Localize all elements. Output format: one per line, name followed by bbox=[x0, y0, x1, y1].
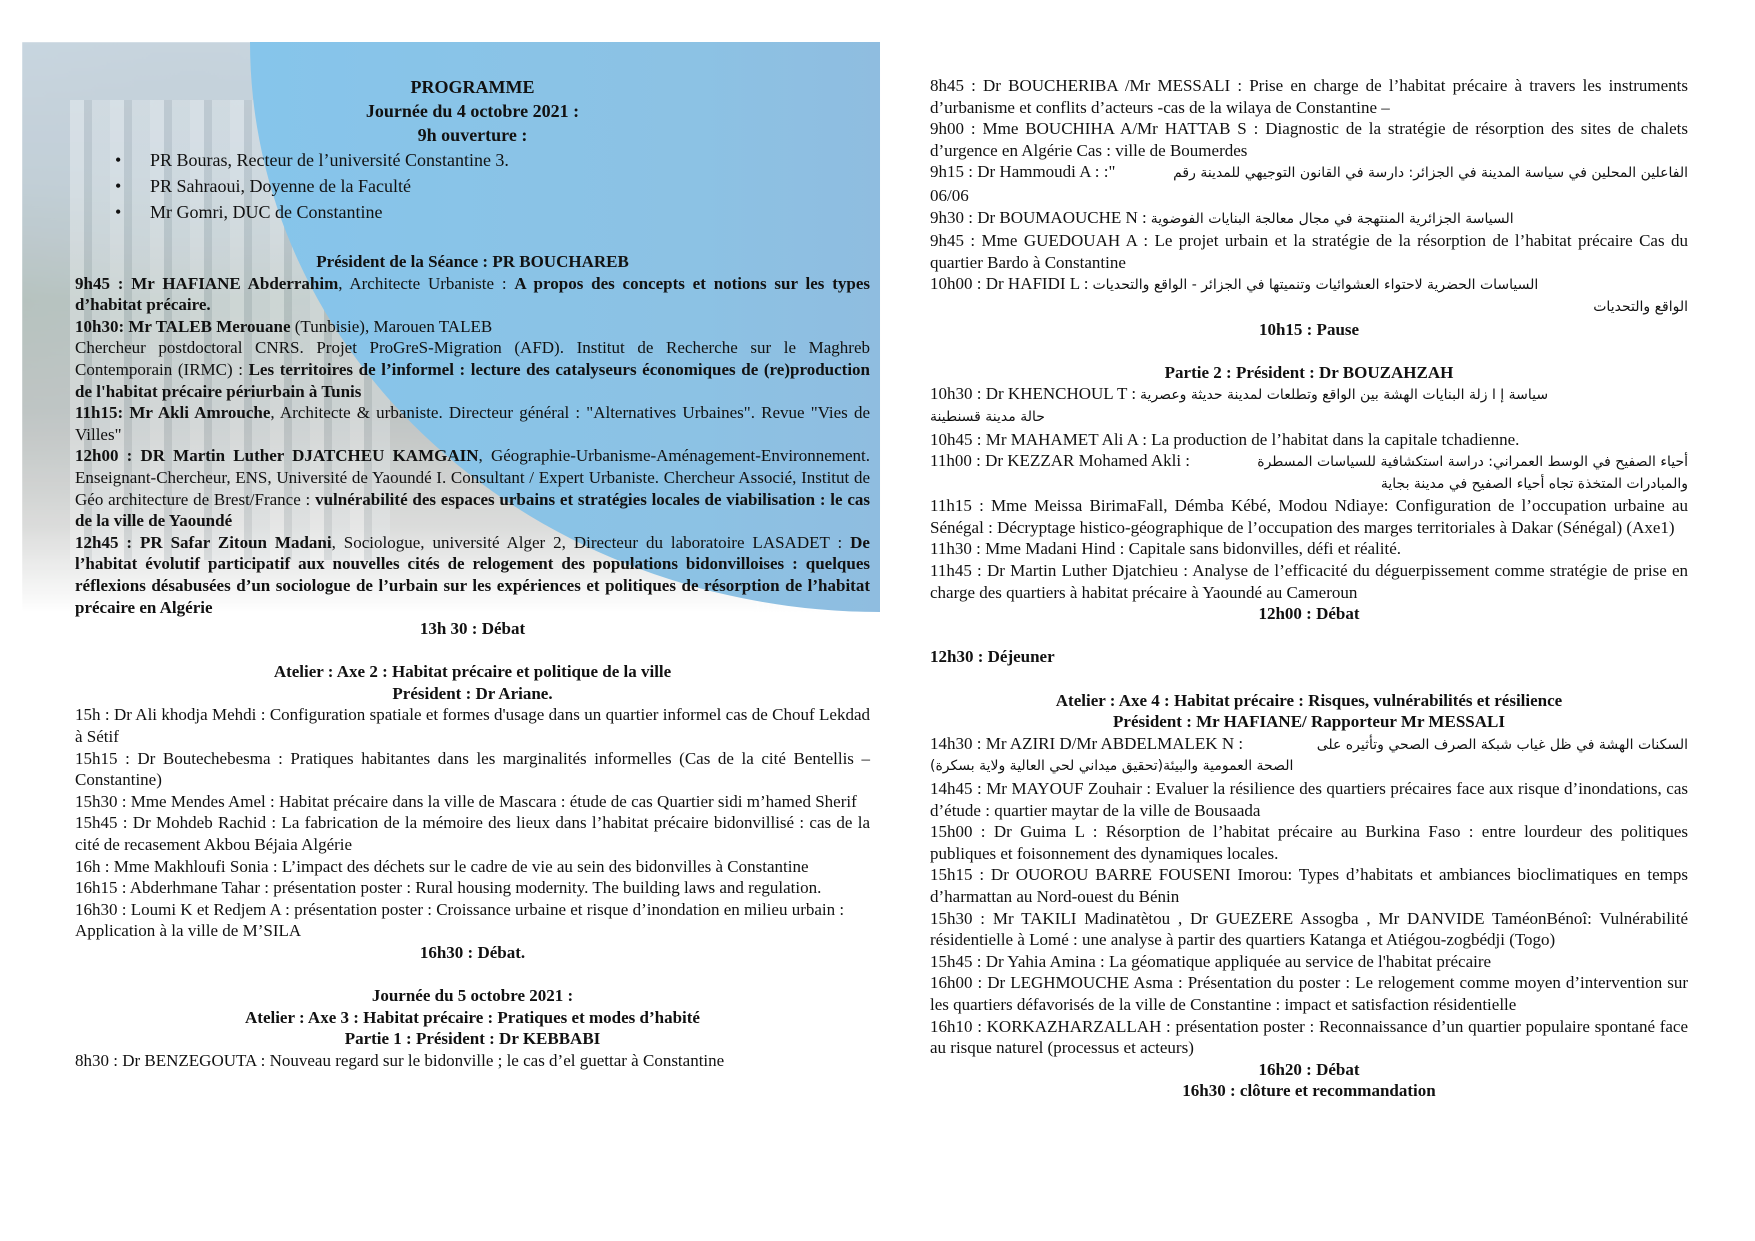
talk: 14h45 : Mr MAYOUF Zouhair : Evaluer la r… bbox=[930, 778, 1688, 821]
talk: 15h15 : Dr Boutechebesma : Pratiques hab… bbox=[75, 748, 870, 791]
debate: 16h20 : Débat bbox=[930, 1059, 1688, 1081]
talk: 11h00 : Dr KEZZAR Mohamed Akli : أحياء ا… bbox=[930, 450, 1688, 474]
talk: 8h30 : Dr BENZEGOUTA : Nouveau regard su… bbox=[75, 1050, 870, 1072]
day2-title: Journée du 5 octobre 2021 : bbox=[75, 985, 870, 1007]
talk: 16h10 : KORKAZHARZALLAH : présentation p… bbox=[930, 1016, 1688, 1059]
talk: 11h30 : Mme Madani Hind : Capitale sans … bbox=[930, 538, 1688, 560]
programme-title: PROGRAMME bbox=[75, 75, 870, 99]
talk: 16h : Mme Makhloufi Sonia : L’impact des… bbox=[75, 856, 870, 878]
debate: 13h 30 : Débat bbox=[75, 618, 870, 640]
list-item: PR Bouras, Recteur de l’université Const… bbox=[75, 147, 870, 173]
talk: 9h00 : Mme BOUCHIHA A/Mr HATTAB S : Diag… bbox=[930, 118, 1688, 161]
atelier3-title: Atelier : Axe 3 : Habitat précaire : Pra… bbox=[75, 1007, 870, 1029]
debate: 16h30 : Débat. bbox=[75, 942, 870, 964]
talk: 15h : Dr Ali khodja Mehdi : Configuratio… bbox=[75, 704, 870, 747]
list-item: PR Sahraoui, Doyenne de la Faculté bbox=[75, 173, 870, 199]
right-column: 8h45 : Dr BOUCHERIBA /Mr MESSALI : Prise… bbox=[930, 75, 1688, 1102]
talk: 12h45 : PR Safar Zitoun Madani, Sociolog… bbox=[75, 532, 870, 618]
talk: 15h45 : Dr Mohdeb Rachid : La fabricatio… bbox=[75, 812, 870, 855]
opening-title: 9h ouverture : bbox=[75, 123, 870, 147]
session-president: Président de la Séance : PR BOUCHAREB bbox=[75, 251, 870, 273]
day1-title: Journée du 4 octobre 2021 : bbox=[75, 99, 870, 123]
talk: 12h00 : DR Martin Luther DJATCHEU KAMGAI… bbox=[75, 445, 870, 531]
talk: 8h45 : Dr BOUCHERIBA /Mr MESSALI : Prise… bbox=[930, 75, 1688, 118]
talk: 15h30 : Mr TAKILI Madinatètou , Dr GUEZE… bbox=[930, 908, 1688, 951]
talk: Chercheur postdoctoral CNRS. Projet ProG… bbox=[75, 337, 870, 402]
atelier2-president: Président : Dr Ariane. bbox=[75, 683, 870, 705]
talk: 15h30 : Mme Mendes Amel : Habitat précai… bbox=[75, 791, 870, 813]
atelier4-president: Président : Mr HAFIANE/ Rapporteur Mr ME… bbox=[930, 711, 1688, 733]
talk: 15h00 : Dr Guima L : Résorption de l’hab… bbox=[930, 821, 1688, 864]
talk: 10h00 : Dr HAFIDI L : السياسات الحضرية ل… bbox=[930, 273, 1688, 297]
talk: 9h30 : Dr BOUMAOUCHE N : السياسة الجزائر… bbox=[930, 207, 1688, 231]
part2-president: Partie 2 : Président : Dr BOUZAHZAH bbox=[930, 362, 1688, 384]
talk: 10h45 : Mr MAHAMET Ali A : La production… bbox=[930, 429, 1688, 451]
talk: 16h00 : Dr LEGHMOUCHE Asma : Présentatio… bbox=[930, 972, 1688, 1015]
talk: 16h30 : Loumi K et Redjem A : présentati… bbox=[75, 899, 870, 921]
talk: 9h45 : Mme GUEDOUAH A : Le projet urbain… bbox=[930, 230, 1688, 273]
talk: Application à la ville de M’SILA bbox=[75, 920, 870, 942]
list-item: Mr Gomri, DUC de Constantine bbox=[75, 199, 870, 225]
talk: 15h15 : Dr OUOROU BARRE FOUSENI Imorou: … bbox=[930, 864, 1688, 907]
talk: 11h45 : Dr Martin Luther Djatchieu : Ana… bbox=[930, 560, 1688, 603]
debate: 12h00 : Débat bbox=[930, 603, 1688, 625]
talk: 10h30: Mr TALEB Merouane (Tunbisie), Mar… bbox=[75, 316, 870, 338]
lunch: 12h30 : Déjeuner bbox=[930, 646, 1688, 668]
talk: 9h15 : Dr Hammoudi A : :" الفاعلين المحل… bbox=[930, 161, 1688, 185]
closing: 16h30 : clôture et recommandation bbox=[930, 1080, 1688, 1102]
talk: 15h45 : Dr Yahia Amina : La géomatique a… bbox=[930, 951, 1688, 973]
talk: 11h15 : Mme Meissa BirimaFall, Démba Kéb… bbox=[930, 495, 1688, 538]
talk: 9h45 : Mr HAFIANE Abderrahim, Architecte… bbox=[75, 273, 870, 316]
part1-president: Partie 1 : Président : Dr KEBBABI bbox=[75, 1028, 870, 1050]
atelier2-title: Atelier : Axe 2 : Habitat précaire et po… bbox=[75, 661, 870, 683]
left-column: PROGRAMME Journée du 4 octobre 2021 : 9h… bbox=[75, 75, 870, 1072]
opening-speakers: PR Bouras, Recteur de l’université Const… bbox=[75, 147, 870, 225]
pause: 10h15 : Pause bbox=[930, 319, 1688, 341]
talk: 10h30 : Dr KHENCHOUL T : سياسة إ ا زلة ا… bbox=[930, 383, 1688, 407]
talk: 16h15 : Abderhmane Tahar : présentation … bbox=[75, 877, 870, 899]
atelier4-title: Atelier : Axe 4 : Habitat précaire : Ris… bbox=[930, 690, 1688, 712]
talk: 11h15: Mr Akli Amrouche, Architecte & ur… bbox=[75, 402, 870, 445]
talk: 14h30 : Mr AZIRI D/Mr ABDELMALEK N : الس… bbox=[930, 733, 1688, 757]
